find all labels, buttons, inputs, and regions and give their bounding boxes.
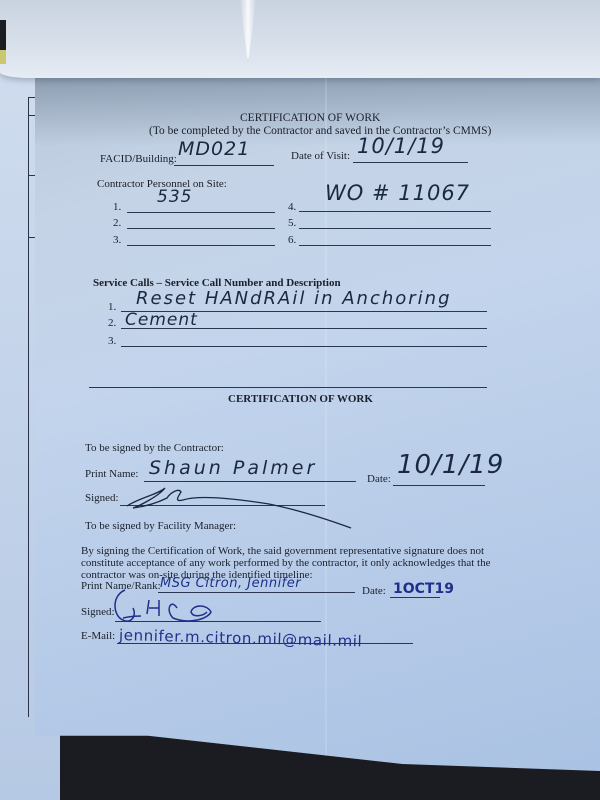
manager-date-label: Date: bbox=[362, 585, 386, 597]
personnel-num-1: 1. bbox=[113, 201, 121, 213]
date-of-visit-label: Date of Visit: bbox=[291, 150, 350, 162]
contractor-sign-label: To be signed by the Contractor: bbox=[85, 442, 224, 454]
section-title: CERTIFICATION OF WORK bbox=[228, 393, 373, 405]
facid-label: FACID/Building: bbox=[100, 153, 177, 165]
facility-sign-label: To be signed by Facility Manager: bbox=[85, 520, 236, 532]
manager-date-field[interactable]: 1OCT19 bbox=[393, 581, 454, 597]
personnel-num-5: 5. bbox=[288, 217, 296, 229]
personnel-field-4[interactable]: WO # 11067 bbox=[325, 181, 470, 205]
service-call-num-2: 2. bbox=[108, 317, 116, 329]
date-of-visit-field[interactable]: 10/1/19 bbox=[357, 134, 445, 158]
contractor-date-label: Date: bbox=[367, 473, 391, 485]
personnel-num-4: 4. bbox=[288, 201, 296, 213]
personnel-field-1[interactable]: 535 bbox=[157, 187, 192, 207]
service-call-num-1: 1. bbox=[108, 301, 116, 313]
service-call-field-1[interactable]: Reset HANdRAil in Anchoring bbox=[136, 288, 452, 309]
disclaimer-line-1: By signing the Certification of Work, th… bbox=[81, 545, 484, 557]
background-edge-yellow bbox=[0, 50, 6, 64]
contractor-print-name-label: Print Name: bbox=[85, 468, 138, 480]
email-label: E-Mail: bbox=[81, 630, 115, 642]
service-call-field-2[interactable]: Cement bbox=[125, 310, 198, 330]
service-call-num-3: 3. bbox=[108, 335, 116, 347]
personnel-num-2: 2. bbox=[113, 217, 121, 229]
form-title: CERTIFICATION OF WORK bbox=[240, 112, 380, 124]
personnel-num-3: 3. bbox=[113, 234, 121, 246]
contractor-signed-label: Signed: bbox=[85, 492, 119, 504]
disclaimer-line-2: constitute acceptance of any work perfor… bbox=[81, 557, 490, 569]
curled-top-page bbox=[0, 0, 600, 78]
facid-field[interactable]: MD021 bbox=[178, 138, 250, 160]
certification-form-page: CERTIFICATION OF WORK (To be completed b… bbox=[35, 66, 600, 771]
personnel-num-6: 6. bbox=[288, 234, 296, 246]
contractor-date-field[interactable]: 10/1/19 bbox=[397, 450, 504, 480]
contractor-print-name-field[interactable]: Shaun Palmer bbox=[149, 457, 317, 479]
